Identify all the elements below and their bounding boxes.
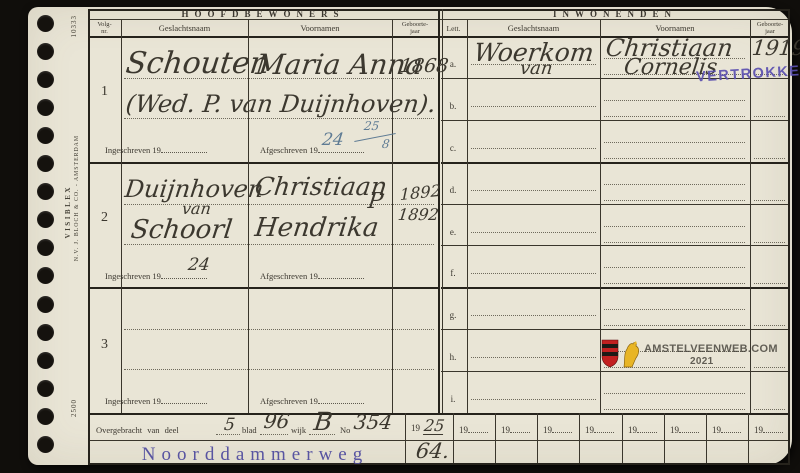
deregistered-label-row3: Afgeschreven 19 <box>260 395 364 406</box>
write-line <box>754 409 785 410</box>
punch-hole <box>37 183 54 200</box>
write-line <box>604 267 745 268</box>
main-residents-title: HOOFDBEWONERS <box>88 10 438 20</box>
divider-line <box>748 413 749 463</box>
divider-line <box>441 120 790 121</box>
column-header-firstnames-right: Voornamen <box>600 24 750 33</box>
write-line <box>604 325 745 326</box>
resident-1-surname: Schouten <box>124 49 271 79</box>
punch-hole <box>37 211 54 228</box>
watermark-year: 2021 <box>690 356 713 367</box>
punch-hole <box>37 43 54 60</box>
year-cell-4: 19 <box>585 424 614 436</box>
dotted-tail <box>679 424 699 433</box>
lodger-row-letter-b: b. <box>440 102 466 112</box>
row-number-2: 2 <box>88 210 121 225</box>
write-line <box>604 309 745 310</box>
write-line <box>604 242 745 243</box>
coat-of-arms-icon <box>600 339 642 369</box>
transfer-year-printed: 19 <box>411 424 420 434</box>
punch-hole <box>37 155 54 172</box>
dotted-tail <box>161 144 207 153</box>
write-line <box>124 369 434 370</box>
write-line <box>604 393 745 394</box>
lodger-row-letter-f: f. <box>440 269 466 279</box>
registered-label-text: Ingeschreven 19 <box>105 145 161 155</box>
lodger-a-birthyear: 1919 <box>751 38 800 59</box>
no-label: No <box>340 426 350 435</box>
write-line <box>604 184 745 185</box>
brand-publisher: N.V. J. BLOCH & CO. - AMSTERDAM <box>74 135 80 261</box>
photo-backdrop: { "card": { "bg_color": "#e9e5d6", "edge… <box>0 0 800 473</box>
divider-line <box>88 9 90 465</box>
watermark-site: AMSTELVEENWEB.COM <box>644 343 778 355</box>
write-line <box>604 116 745 117</box>
divider-line <box>622 413 623 463</box>
year-cell-label: 19 <box>670 425 679 435</box>
column-header-lett: Lett. <box>440 25 467 33</box>
year-cell-6: 19 <box>670 424 699 436</box>
lodger-row-letter-h: h. <box>440 353 466 363</box>
divider-line <box>441 329 790 330</box>
resident-2-birthyear: 1892 <box>400 183 441 203</box>
divider-line <box>88 413 790 415</box>
resident-2b-birthyear: 1892 <box>397 207 440 223</box>
write-line <box>754 367 785 368</box>
write-line <box>124 329 434 330</box>
write-line <box>471 148 596 149</box>
punch-hole <box>37 267 54 284</box>
registered-label-row1: Ingeschreven 19 <box>105 144 207 155</box>
divider-line <box>441 162 790 164</box>
year-cell-label: 19 <box>543 425 552 435</box>
write-line <box>260 434 288 435</box>
column-header-volgnr: Volg- nr. <box>88 21 121 36</box>
divider-line <box>579 413 580 463</box>
dotted-tail <box>318 270 364 279</box>
dotted-tail <box>637 424 657 433</box>
lodger-row-letter-e: e. <box>440 228 466 238</box>
write-line <box>604 200 745 201</box>
dotted-tail <box>594 424 614 433</box>
column-header-birthyear-right: Geboorte- jaar <box>750 21 790 36</box>
punch-hole <box>37 436 54 453</box>
deregistered-label-text: Afgeschreven 19 <box>260 145 318 155</box>
blad-label: blad <box>242 426 257 435</box>
registered-label-text: Ingeschreven 19 <box>105 271 161 281</box>
year-cell-5: 19 <box>628 424 657 436</box>
write-line <box>124 118 434 119</box>
divider-line <box>441 204 790 205</box>
dotted-tail <box>510 424 530 433</box>
punch-hole <box>37 296 54 313</box>
write-line <box>604 283 745 284</box>
divider-line <box>88 162 438 164</box>
row-number-3: 3 <box>88 337 121 352</box>
write-line <box>754 325 785 326</box>
resident-1-widow-note: (Wed. P. van Duijnhoven). <box>125 92 438 116</box>
row-number-1: 1 <box>88 84 121 99</box>
dotted-tail <box>721 424 741 433</box>
write-line <box>604 142 745 143</box>
resident-2b-surname: Schoorl <box>129 217 233 243</box>
year-cell-label: 19 <box>585 425 594 435</box>
birthyear-line1: Geboorte- <box>402 21 428 28</box>
deregistered-label-row1: Afgeschreven 19 <box>260 144 364 155</box>
birthyear-line2: jaar <box>765 28 775 35</box>
write-line <box>604 409 745 410</box>
brand-name: VISIBLEX <box>64 185 72 238</box>
punch-hole <box>37 380 54 397</box>
resident-2-initial-flourish: P <box>367 191 385 213</box>
divider-line <box>121 19 122 413</box>
write-line <box>754 242 785 243</box>
year-cell-1: 19 <box>459 424 488 436</box>
punch-hole <box>37 324 54 341</box>
punch-hole <box>37 408 54 425</box>
resident-2b-firstnames: Hendrika <box>253 215 380 241</box>
transfer-label: Overgebracht van deel <box>96 426 179 435</box>
write-line <box>754 283 785 284</box>
write-line <box>124 204 434 205</box>
registered-label-row3: Ingeschreven 19 <box>105 395 207 406</box>
wijk-label: wijk <box>291 426 306 435</box>
write-line <box>471 273 596 274</box>
registered-year-row2: 24 <box>187 257 211 274</box>
registration-card: 10333 2500 VISIBLEX N.V. J. BLOCH & CO. … <box>28 7 792 465</box>
lodger-row-letter-d: d. <box>440 186 466 196</box>
divider-line <box>441 245 790 246</box>
year-cell-label: 19 <box>459 425 468 435</box>
column-header-firstnames-left: Voornamen <box>248 24 392 33</box>
year-cell-label: 19 <box>501 425 510 435</box>
lodger-row-letter-c: c. <box>440 144 466 154</box>
deregistered-note-top: 25 <box>363 120 380 132</box>
year-cell-7: 19 <box>712 424 741 436</box>
registered-label-text: Ingeschreven 19 <box>105 396 161 406</box>
column-header-surname-right: Geslachtsnaam <box>467 24 600 33</box>
write-line <box>471 357 596 358</box>
write-line <box>604 158 745 159</box>
year-cell-label: 19 <box>712 425 721 435</box>
card-serial-top: 10333 <box>70 15 78 38</box>
divider-line <box>88 287 438 289</box>
birthyear-line2: jaar <box>410 28 420 35</box>
year-cell-3: 19 <box>543 424 572 436</box>
divider-line <box>495 413 496 463</box>
transfer-deel-value: 5 <box>223 417 236 434</box>
year-cell-8: 19 <box>754 424 783 436</box>
dotted-tail <box>161 395 207 404</box>
lodger-row-letter-i: i. <box>440 395 466 405</box>
divider-line <box>441 371 790 372</box>
column-header-surname-left: Geslachtsnaam <box>121 24 248 33</box>
divider-line <box>664 413 665 463</box>
write-line <box>471 106 596 107</box>
no-value: 354 <box>353 412 394 432</box>
punch-hole <box>37 15 54 32</box>
divider-line <box>405 413 406 463</box>
divider-line <box>706 413 707 463</box>
dotted-tail <box>763 424 783 433</box>
transfer-year-written: 25 <box>423 418 445 435</box>
year-cell-2: 19 <box>501 424 530 436</box>
lodgers-title: INWONENDEN <box>442 10 788 20</box>
deregistered-note-bottom: 8 <box>381 138 390 150</box>
deregistered-year-row1: 24 <box>321 132 345 149</box>
street-stamp: Noorddammerweg <box>105 444 405 466</box>
write-line <box>754 116 785 117</box>
punch-hole <box>37 71 54 88</box>
column-header-volgnr-line1: Volg- <box>97 21 111 28</box>
year-cell-label: 19 <box>628 425 637 435</box>
dotted-tail <box>468 424 488 433</box>
punch-hole <box>37 127 54 144</box>
resident-2-surname: Duijnhoven <box>124 177 265 201</box>
year-cell-label: 19 <box>754 425 763 435</box>
write-line <box>471 399 596 400</box>
wijk-value: B <box>312 409 333 434</box>
house-number: 64. <box>415 441 451 462</box>
resident-1-birthyear: 1868 <box>399 57 450 76</box>
divider-line <box>467 19 468 413</box>
divider-line <box>441 287 790 289</box>
divider-line <box>453 413 454 463</box>
birthyear-line1: Geboorte- <box>757 21 783 28</box>
card-serial-bottom: 2500 <box>70 399 78 417</box>
dotted-tail <box>552 424 572 433</box>
write-line <box>471 190 596 191</box>
punch-hole <box>37 352 54 369</box>
divider-line <box>537 413 538 463</box>
lodger-row-letter-g: g. <box>440 311 466 321</box>
write-line <box>471 232 596 233</box>
dotted-tail <box>318 395 364 404</box>
punch-hole <box>37 239 54 256</box>
deregistered-label-text: Afgeschreven 19 <box>260 396 318 406</box>
write-line <box>754 158 785 159</box>
lodger-a-surname-prefix: van <box>519 60 554 78</box>
punch-hole <box>37 99 54 116</box>
deregistered-label-row2: Afgeschreven 19 <box>260 270 364 281</box>
deregistered-label-text: Afgeschreven 19 <box>260 271 318 281</box>
write-line <box>604 100 745 101</box>
write-line <box>604 226 745 227</box>
blad-value: 96 <box>263 411 291 431</box>
column-header-birthyear-left: Geboorte- jaar <box>392 21 438 36</box>
write-line <box>754 200 785 201</box>
write-line <box>471 315 596 316</box>
column-header-volgnr-line2: nr. <box>101 28 108 35</box>
